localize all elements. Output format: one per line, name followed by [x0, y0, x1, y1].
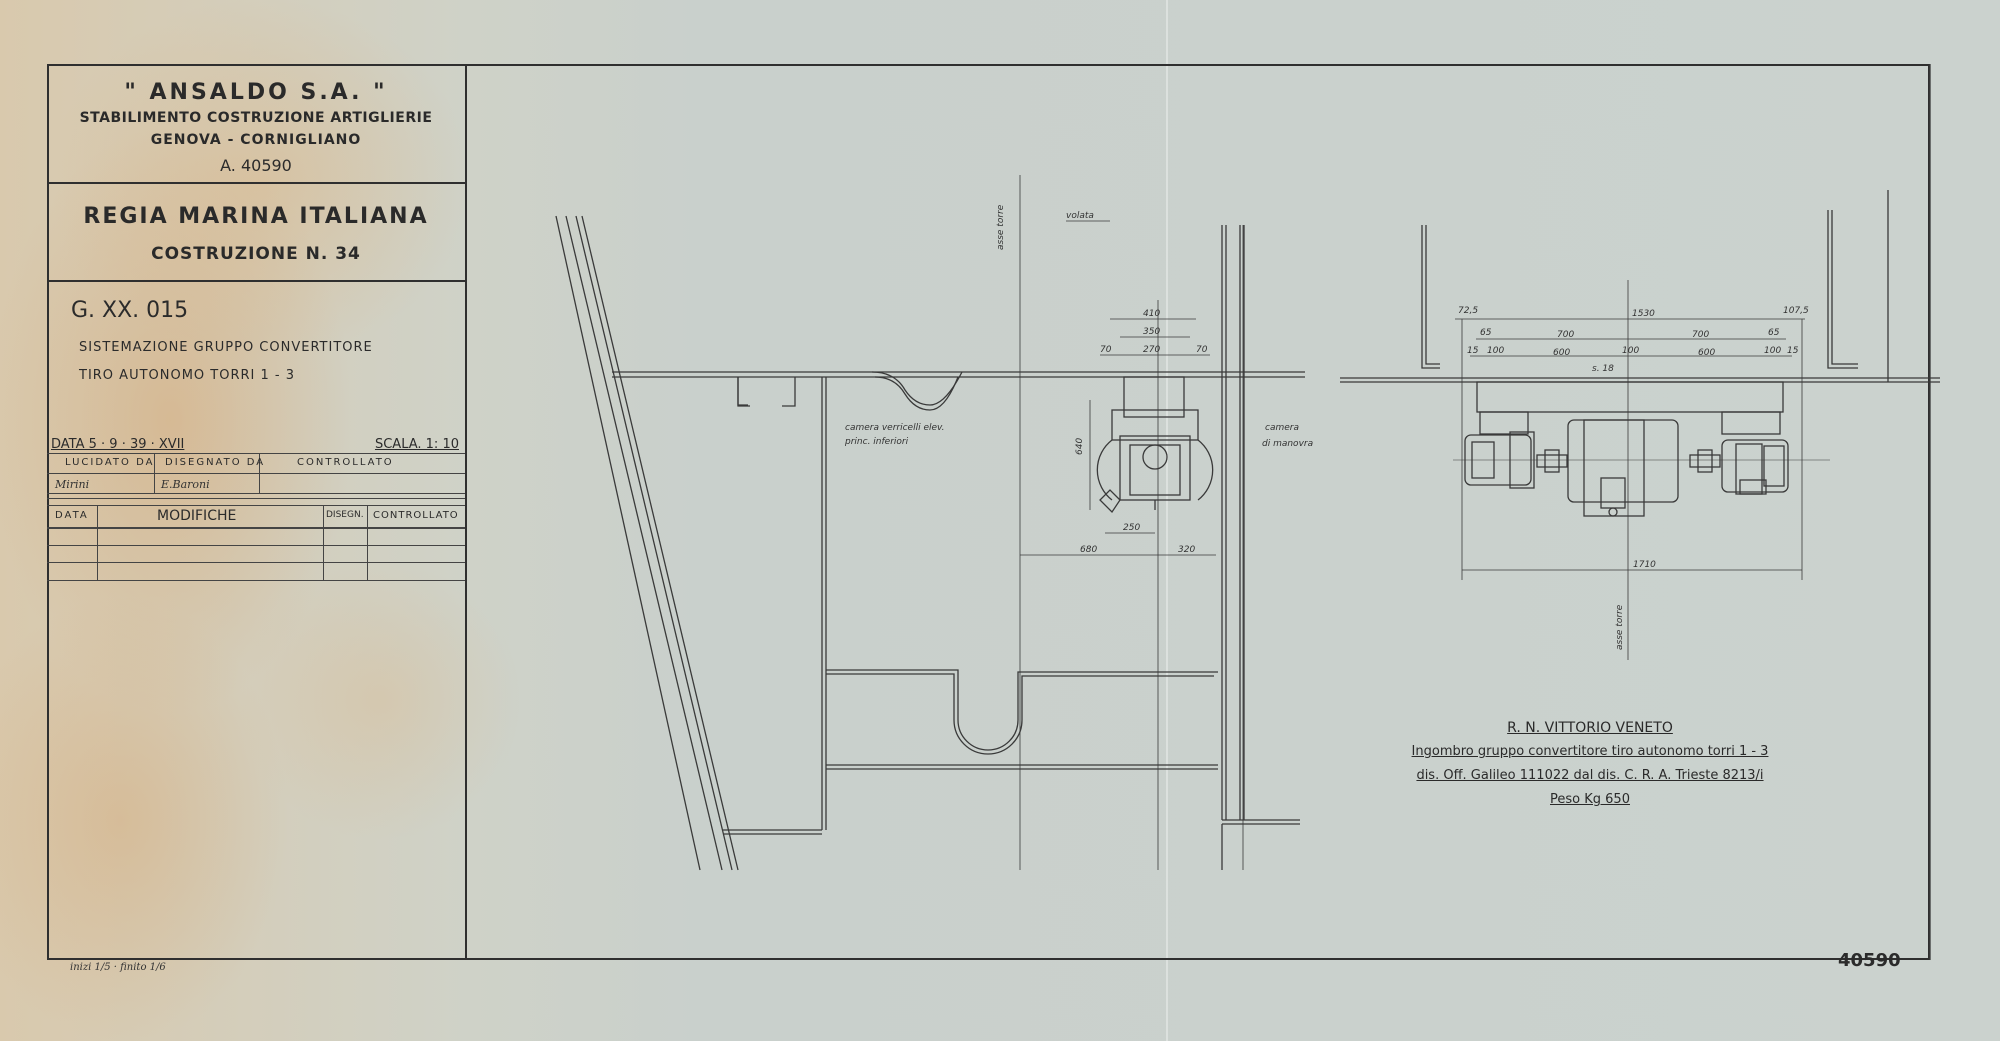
caption-ship: R. N. VITTORIO VENETO	[1380, 720, 1800, 736]
svg-text:600: 600	[1698, 348, 1715, 358]
hull-side-lines	[556, 216, 738, 870]
technical-drawing: volata asse torre camera verricelli elev…	[0, 0, 2000, 1041]
caption-line-2: dis. Off. Galileo 111022 dal dis. C. R. …	[1380, 768, 1800, 783]
svg-text:700: 700	[1692, 330, 1709, 340]
svg-text:camera: camera	[1265, 423, 1299, 433]
label-asse-torre: asse torre	[996, 204, 1006, 250]
svg-text:100: 100	[1764, 346, 1781, 356]
svg-text:65: 65	[1768, 328, 1780, 338]
svg-text:15: 15	[1787, 346, 1799, 356]
caption-weight: Peso Kg 650	[1380, 792, 1800, 807]
svg-text:250: 250	[1123, 523, 1140, 533]
svg-text:65: 65	[1480, 328, 1492, 338]
svg-text:15: 15	[1467, 346, 1479, 356]
svg-text:600: 600	[1553, 348, 1570, 358]
svg-text:410: 410	[1143, 309, 1160, 319]
svg-text:70: 70	[1196, 345, 1208, 355]
svg-text:princ. inferiori: princ. inferiori	[844, 437, 909, 447]
svg-text:107,5: 107,5	[1783, 306, 1809, 316]
svg-text:700: 700	[1557, 330, 1574, 340]
caption-line-1: Ingombro gruppo convertitore tiro autono…	[1380, 744, 1800, 759]
svg-text:100: 100	[1622, 346, 1639, 356]
svg-text:100: 100	[1487, 346, 1504, 356]
svg-text:350: 350	[1143, 327, 1160, 337]
svg-text:1710: 1710	[1633, 560, 1656, 570]
svg-text:di manovra: di manovra	[1262, 439, 1313, 449]
drawing-sheet: " ANSALDO S.A. " STABILIMENTO COSTRUZION…	[0, 0, 2000, 1041]
svg-text:320: 320	[1178, 545, 1195, 555]
svg-text:640: 640	[1075, 438, 1085, 455]
svg-text:asse torre: asse torre	[1615, 604, 1625, 650]
label-volata: volata	[1066, 211, 1094, 221]
svg-text:270: 270	[1143, 345, 1160, 355]
svg-text:70: 70	[1100, 345, 1112, 355]
svg-text:72,5: 72,5	[1458, 306, 1478, 316]
svg-text:camera verricelli elev.: camera verricelli elev.	[845, 423, 944, 433]
svg-text:1530: 1530	[1632, 309, 1655, 319]
svg-text:680: 680	[1080, 545, 1097, 555]
svg-text:s. 18: s. 18	[1592, 364, 1614, 374]
